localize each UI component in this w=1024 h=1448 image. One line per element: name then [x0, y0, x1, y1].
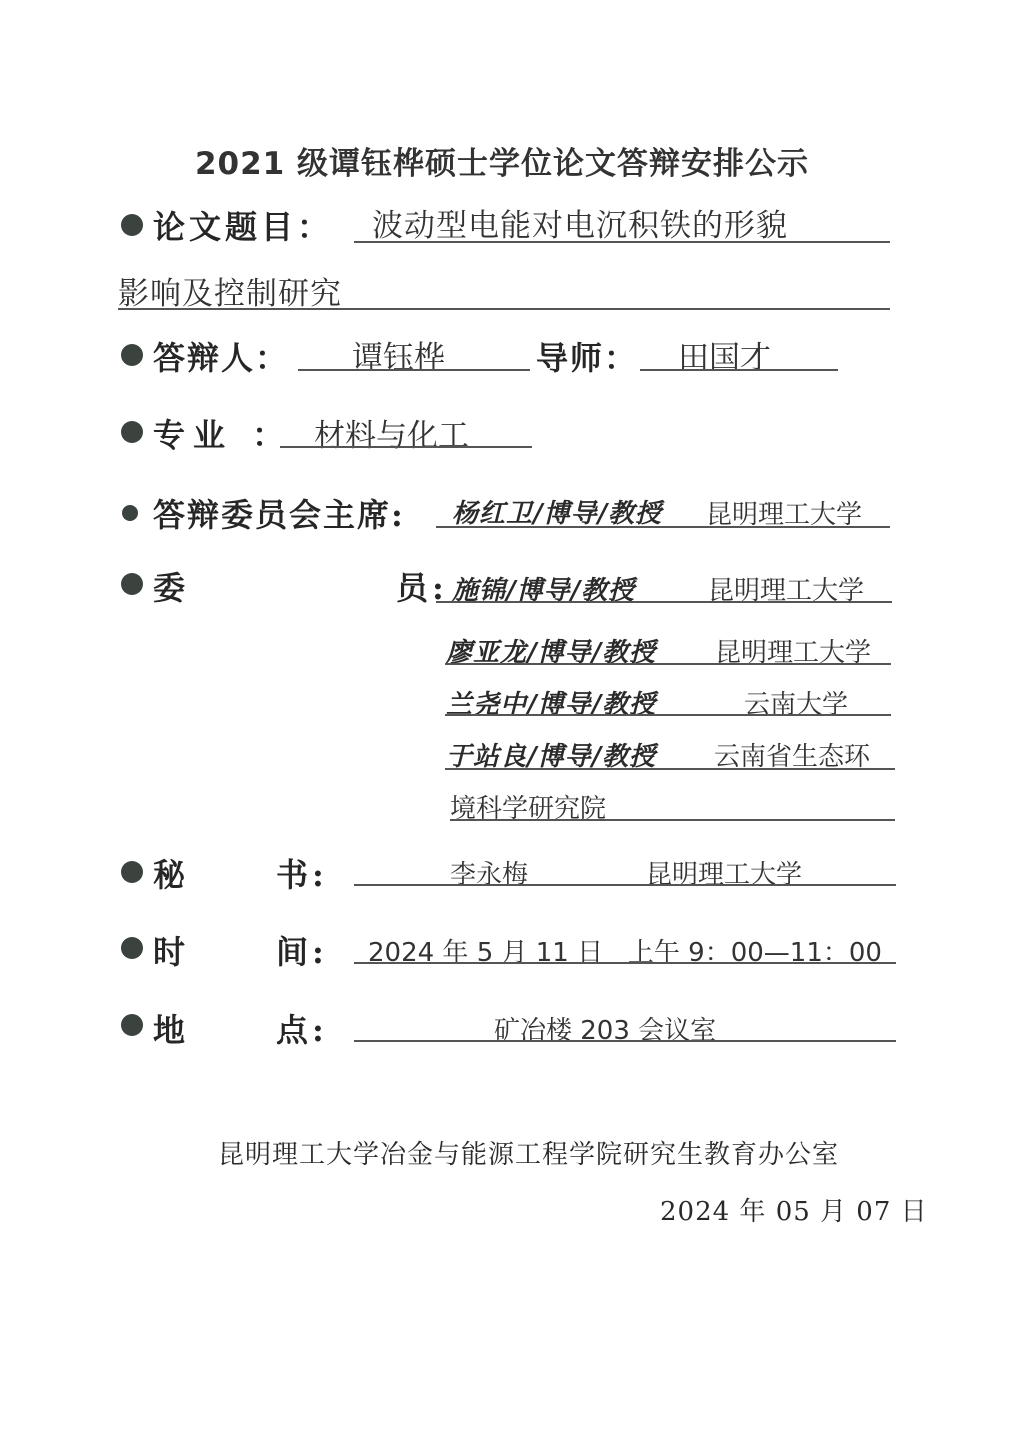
- underline: [280, 446, 532, 448]
- secretary-label-right: 书:: [276, 850, 328, 896]
- underline: [354, 1040, 896, 1042]
- bullet-icon: [121, 214, 143, 236]
- underline: [445, 663, 891, 665]
- bullet-icon: [121, 937, 143, 959]
- committee-chair-label: 答辩委员会主席:: [153, 490, 405, 536]
- bullet-icon: [121, 344, 143, 366]
- bullet-icon: [121, 421, 143, 443]
- defender-label: 答辩人：: [153, 333, 289, 379]
- underline: [640, 369, 838, 371]
- thesis-title-line2: 影响及控制研究: [118, 268, 342, 313]
- underline: [445, 714, 891, 716]
- underline: [354, 241, 890, 243]
- underline: [445, 768, 895, 770]
- time-label-right: 间:: [276, 927, 328, 973]
- advisor-label: 导师：: [536, 333, 638, 379]
- underline: [118, 308, 890, 310]
- secretary-label-left: 秘: [153, 850, 189, 896]
- bullet-icon: [121, 573, 143, 595]
- issue-date: 2024 年 05 月 07 日: [660, 1191, 928, 1228]
- underline: [436, 526, 890, 528]
- underline: [354, 884, 896, 886]
- place-label-right: 点:: [276, 1005, 328, 1051]
- time-label-left: 时: [153, 927, 189, 973]
- page-title: 2021 级谭钰桦硕士学位论文答辩安排公示: [0, 138, 1004, 183]
- bullet-icon: [122, 505, 138, 521]
- thesis-label: 论文题目：: [153, 202, 333, 248]
- underline: [298, 369, 530, 371]
- major-value: 材料与化工: [314, 410, 469, 455]
- underline: [450, 819, 895, 821]
- issuing-office: 昆明理工大学冶金与能源工程学院研究生教育办公室: [218, 1134, 839, 1171]
- underline: [354, 962, 896, 964]
- bullet-icon: [121, 861, 143, 883]
- major-label: 专业 ：: [153, 410, 292, 456]
- committee-chair-person: 杨红卫/博导/教授: [452, 493, 662, 530]
- committee-members-label-left: 委: [153, 563, 189, 609]
- place-label-left: 地: [153, 1005, 189, 1051]
- bullet-icon: [121, 1014, 143, 1036]
- underline: [436, 601, 892, 603]
- thesis-title-line1: 波动型电能对电沉积铁的形貌: [372, 200, 788, 245]
